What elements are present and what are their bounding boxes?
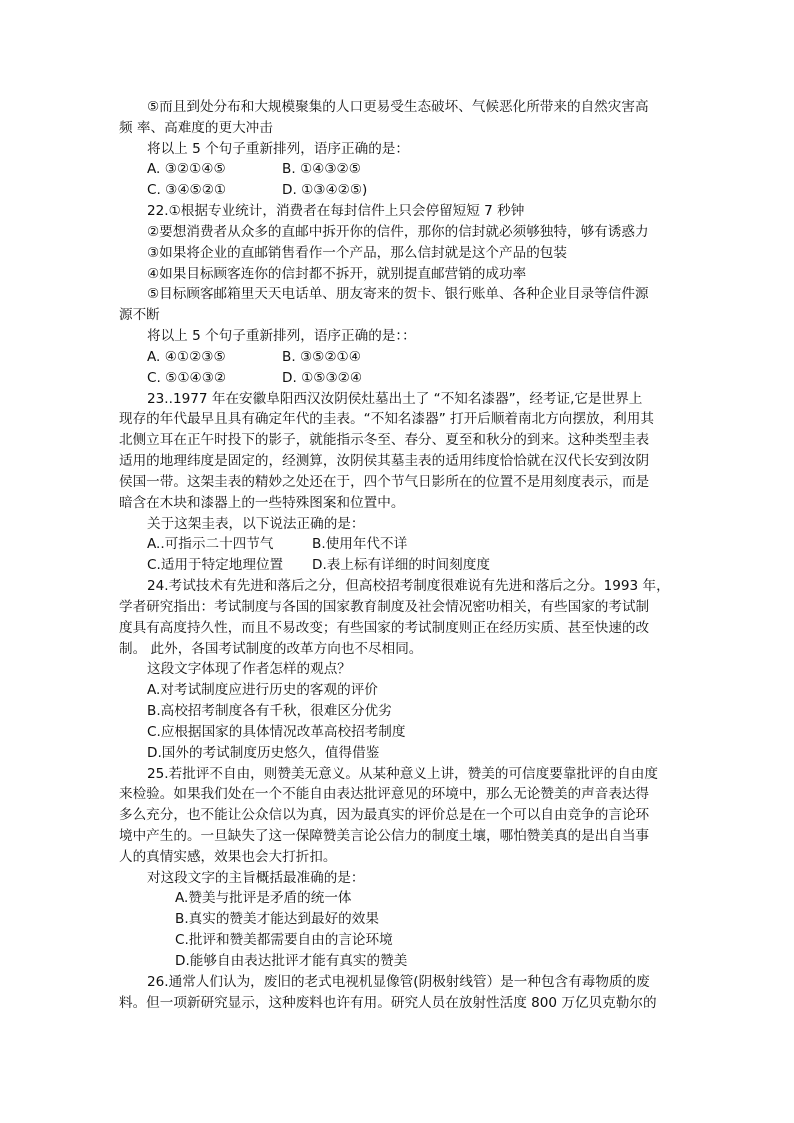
answer-option: B. ③⑤②①④ [282,347,361,368]
document-body: ⑤而且到处分布和大规模聚集的人口更易受生态破坏、气候恶化所带来的自然灾害高频 率… [119,97,679,1013]
text-line: 学者研究指出：考试制度与各国的国家教育制度及社会情况密叻相关，有些国家的考试制 [119,597,679,618]
text-line: 22.①根据专业统计，消费者在每封信件上只会停留短短 7 秒钟 [119,201,679,222]
text-line: 料。但一项新研究显示，这种废料也许有用。研究人员在放射性活度 800 万亿贝克勒… [119,993,679,1014]
answer-options-row: A. ③②①④⑤B. ①④③②⑤ [119,159,679,180]
answer-option: D.表上标有详细的时间刻度度 [312,555,490,576]
answer-option: C.适用于特定地理位置 [147,555,312,576]
text-line: B.高校招考制度各有千秋，很难区分优劣 [119,701,679,722]
text-line: 来检验。如果我们处在一个不能自由表达批评意见的环境中，那么无论赞美的声音表达得 [119,784,679,805]
text-line: 境中产生的。一旦缺失了这一保障赞美言论公信力的制度土壤，哪怕赞美真的是出自当事 [119,826,679,847]
text-line: 26.通常人们认为，废旧的老式电视机显像管(阴极射线管）是一种包含有毒物质的废 [119,972,679,993]
answer-option: A. ③②①④⑤ [147,159,282,180]
text-line: ⑤目标顾客邮箱里天天电话单、朋友寄来的贺卡、银行账单、各种企业目录等信件源 [119,284,679,305]
text-line: C.应根据国家的具体情况改革高校招考制度 [119,722,679,743]
answer-options-row: C.适用于特定地理位置D.表上标有详细的时间刻度度 [119,555,679,576]
answer-options-row: A..可指示二十四节气B.使用年代不详 [119,534,679,555]
text-line: C.批评和赞美都需要自由的言论环境 [119,930,679,951]
answer-option: A..可指示二十四节气 [147,534,312,555]
text-line: ②要想消费者从众多的直邮中拆开你的信件，那你的信封就必须够独特，够有诱惑力 [119,222,679,243]
text-line: 频 率、高难度的更大冲击 [119,118,679,139]
text-line: A.对考试制度应进行历史的客观的评价 [119,680,679,701]
text-line: 侯国一带。这架圭表的精妙之处还在于，四个节气日影所在的位置不是用刻度表示，而是 [119,472,679,493]
text-line: 暗含在木块和漆器上的一些特殊图案和位置中。 [119,493,679,514]
text-line: 24.考试技术有先进和落后之分，但高校招考制度很难说有先进和落后之分。1993 … [119,576,679,597]
answer-options-row: A. ④①②③⑤B. ③⑤②①④ [119,347,679,368]
text-line: 制。 此外，各国考试制度的改革方向也不尽相同。 [119,639,679,660]
text-line: 北侧立耳在正午时投下的影子，就能指示冬至、春分、夏至和秋分的到来。这种类型圭表 [119,430,679,451]
text-line: A.赞美与批评是矛盾的统一体 [119,888,679,909]
document-page: ⑤而且到处分布和大规模聚集的人口更易受生态破坏、气候恶化所带来的自然灾害高频 率… [0,0,794,1123]
answer-option: B. ①④③②⑤ [282,159,361,180]
answer-option: D. ①⑤③②④ [282,368,362,389]
text-line: D.能够自由表达批评才能有真实的赞美 [119,951,679,972]
text-line: 23..1977 年在安徽阜阳西汉汝阴侯灶墓出土了 “不知名漆器”，经考证,它是… [119,389,679,410]
text-line: ③如果将企业的直邮销售看作一个产品，那么信封就是这个产品的包装 [119,243,679,264]
answer-option: A. ④①②③⑤ [147,347,282,368]
text-line: 适用的地理纬度是固定的，经测算，汝阴侯其墓圭表的适用纬度恰恰就在汉代长安到汝阴 [119,451,679,472]
text-line: 关于这架圭表，以下说法正确的是： [119,514,679,535]
answer-option: B.使用年代不详 [312,534,407,555]
text-line: ⑤而且到处分布和大规模聚集的人口更易受生态破坏、气候恶化所带来的自然灾害高 [119,97,679,118]
text-line: 将以上 5 个句子重新排列，语序正确的是：： [119,326,679,347]
text-line: 人的真情实感，效果也会大打折扣。 [119,847,679,868]
answer-option: D. ①③④②⑤) [282,180,367,201]
text-line: 25.若批评不自由，则赞美无意义。从某种意义上讲，赞美的可信度要靠批评的自由度 [119,764,679,785]
text-line: 多么充分，也不能让公众信以为真，因为最真实的评价总是在一个可以自由竞争的言论环 [119,805,679,826]
text-line: 这段文字体现了作者怎样的观点？ [119,659,679,680]
answer-option: C. ③④⑤②① [147,180,282,201]
text-line: 将以上 5 个句子重新排列，语序正确的是： [119,139,679,160]
answer-options-row: C. ⑤①④③②D. ①⑤③②④ [119,368,679,389]
text-line: ④如果目标顾客连你的信封都不拆开，就别提直邮营销的成功率 [119,264,679,285]
text-line: D.国外的考试制度历史悠久，值得借鉴 [119,743,679,764]
text-line: 对这段文字的主旨概括最准确的是： [119,868,679,889]
text-line: 现存的年代最早且具有确定年代的圭表。“不知名漆器” 打开后顺着南北方向摆放，利用… [119,409,679,430]
text-line: 度具有高度持久性，而且不易改变；有些国家的考试制度则正在经历实质、甚至快速的改 [119,618,679,639]
answer-options-row: C. ③④⑤②①D. ①③④②⑤) [119,180,679,201]
text-line: 源不断 [119,305,679,326]
answer-option: C. ⑤①④③② [147,368,282,389]
text-line: B.真实的赞美才能达到最好的效果 [119,909,679,930]
